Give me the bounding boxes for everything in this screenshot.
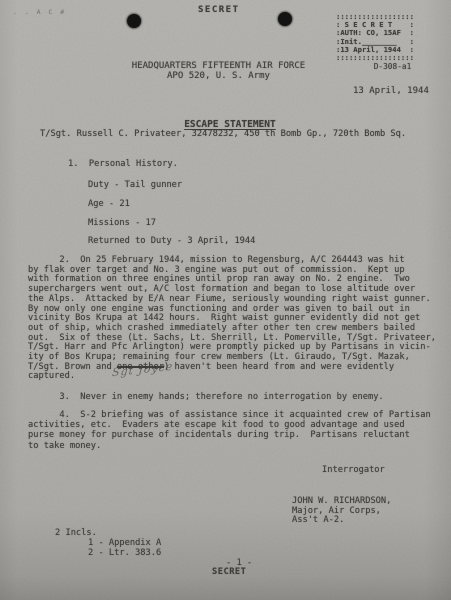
letterhead-address: APO 520, U. S. Army xyxy=(0,72,451,82)
paragraph-2-strike-line: T/Sgt. Brown and one other) haven't been… xyxy=(28,363,436,373)
enclosure-item-2: 2 - Ltr. 383.6 xyxy=(88,549,161,559)
paragraph-4-line: to take money. xyxy=(28,441,431,451)
paragraph-2: 2. On 25 February 1944, mission to Regen… xyxy=(28,256,436,382)
interrogator-label: Interrogator xyxy=(322,466,385,476)
signature-title: Ass't A-2. xyxy=(292,516,391,526)
signature-block: JOHN W. RICHARDSON, Major, Air Corps, As… xyxy=(292,497,391,526)
paragraph-4-line: 4. S-2 briefing was of assistance since … xyxy=(28,410,431,420)
personal-history-age: Age - 21 xyxy=(88,200,130,210)
classification-stamp-top: SECRET xyxy=(198,5,240,15)
classification-box-border-bottom: :::::::::::::::::: xyxy=(336,54,449,62)
classification-stamp-bottom: SECRET xyxy=(212,568,246,578)
hole-punch-right xyxy=(278,12,292,26)
personal-history-returned: Returned to Duty - 3 April, 1944 xyxy=(88,237,255,247)
paragraph-2-last-line: captured. xyxy=(28,372,436,382)
pencil-marks: . . A C # xyxy=(13,8,66,16)
document-date: 13 April, 1944 xyxy=(353,87,429,97)
paragraph-3: 3. Never in enemy hands; therefore no in… xyxy=(28,393,384,403)
paragraph-4: 4. S-2 briefing was of assistance since … xyxy=(28,410,431,451)
escape-statement-document: . . A C # SECRET :::::::::::::::::: : S … xyxy=(0,0,451,600)
paragraph-4-line: purse money for purchase of incidentals … xyxy=(28,430,431,440)
personal-history-missions: Missions - 17 xyxy=(88,219,156,229)
subject-line: T/Sgt. Russell C. Privateer, 32478232, 4… xyxy=(40,130,406,140)
strike-line-post: ) haven't been heard from and were evide… xyxy=(164,362,394,372)
personal-history-duty: Duty - Tail gunner xyxy=(88,181,182,191)
hole-punch-left xyxy=(127,14,141,28)
personal-history-heading: 1. Personal History. xyxy=(68,160,178,170)
paragraph-4-line: activities, etc. Evaders ate escape kit … xyxy=(28,420,431,430)
